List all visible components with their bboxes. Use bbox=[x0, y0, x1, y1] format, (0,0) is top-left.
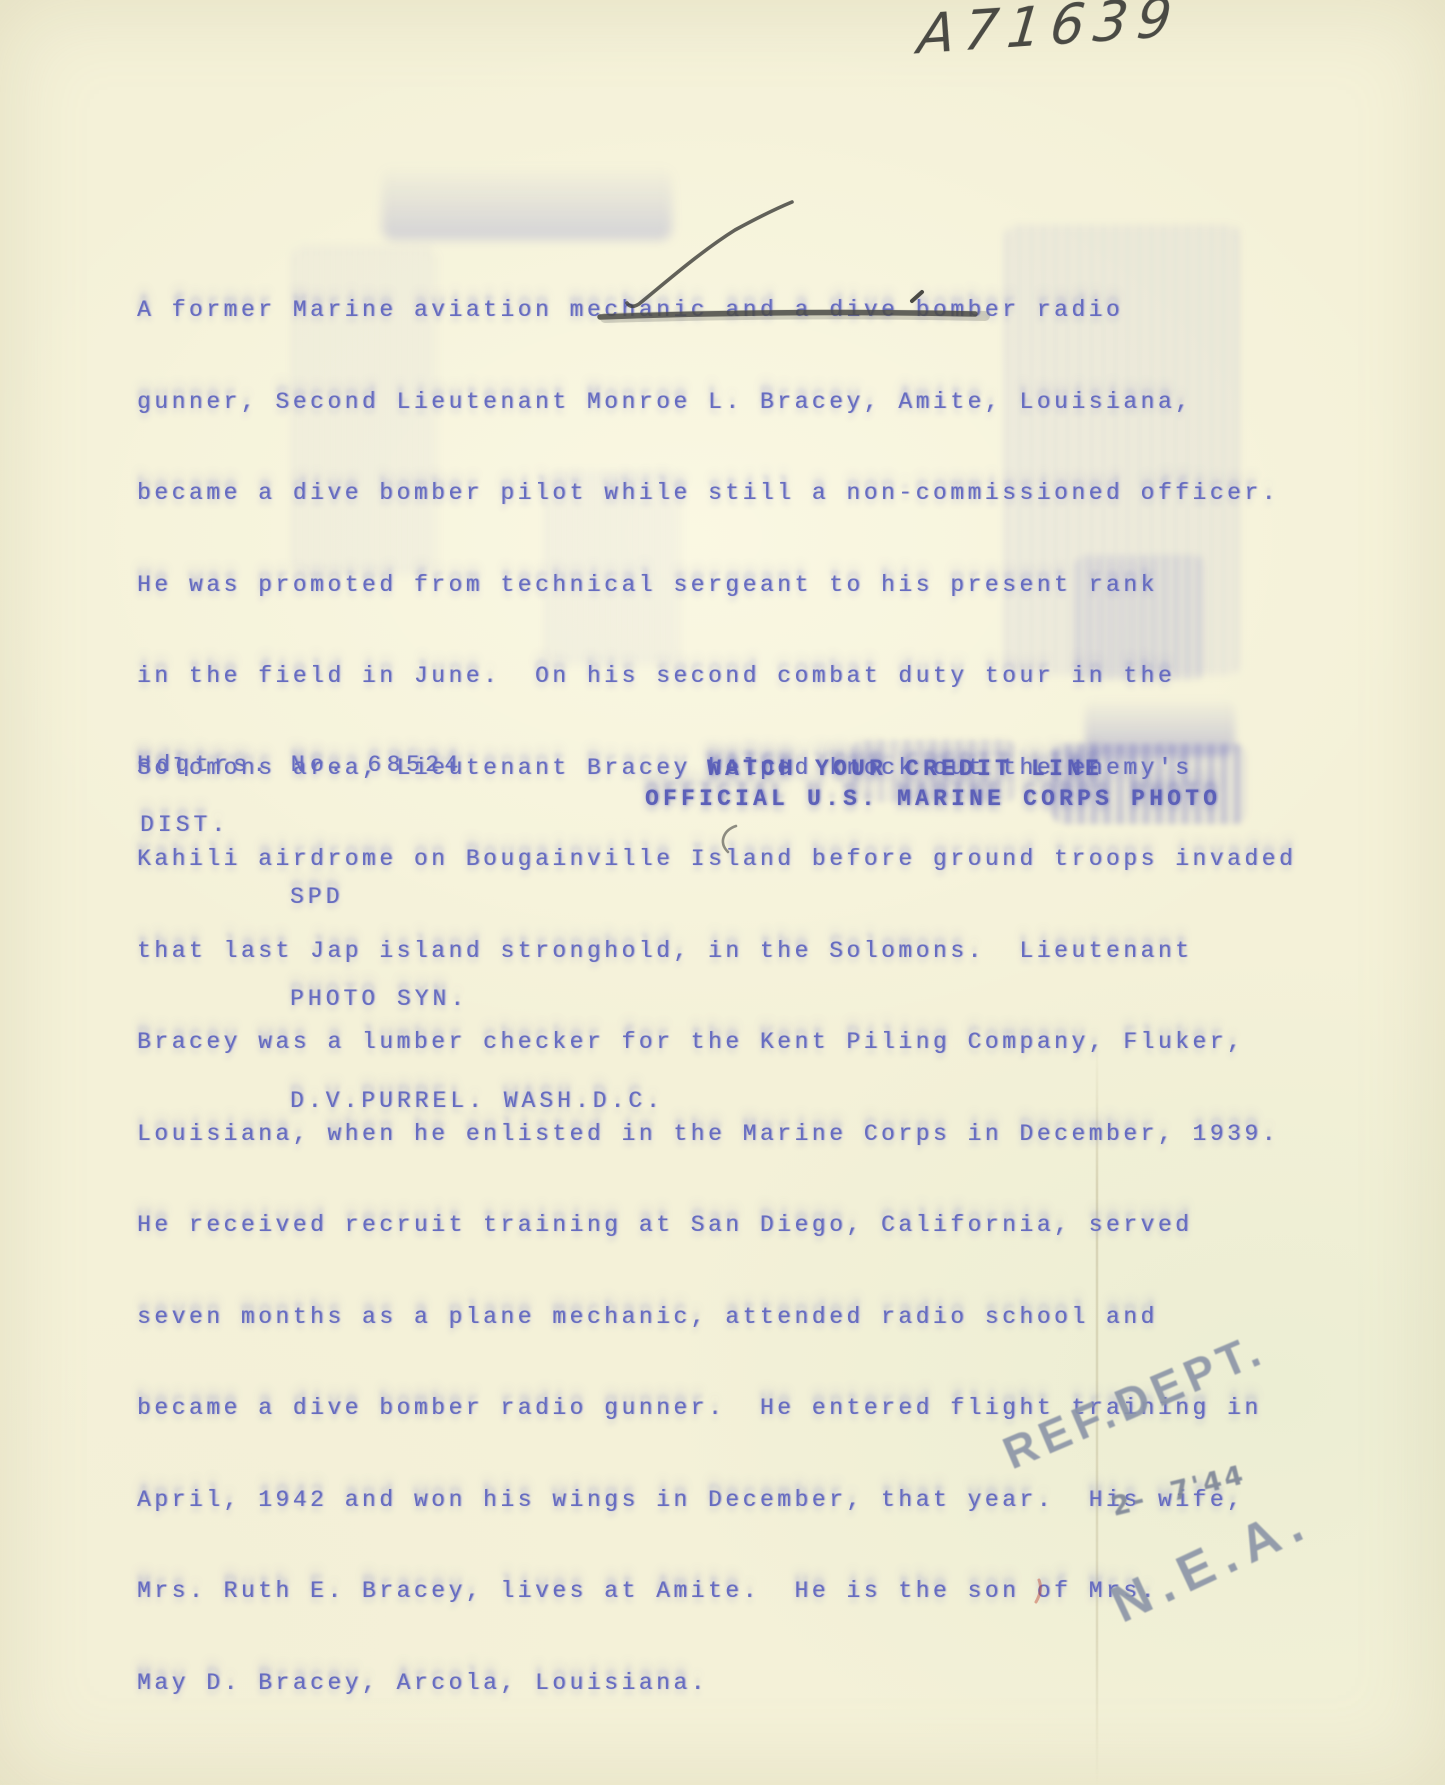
pencil-tick bbox=[912, 292, 922, 301]
photo-back-scan: A71639 A former Marine aviation mechanic… bbox=[0, 0, 1445, 1785]
pencil-underline-smudge bbox=[605, 314, 985, 318]
pencil-squiggle bbox=[723, 826, 736, 852]
red-pencil-mark bbox=[1036, 1580, 1040, 1602]
pencil-check-curve bbox=[627, 202, 792, 306]
pencil-marks-overlay bbox=[0, 0, 1445, 1785]
